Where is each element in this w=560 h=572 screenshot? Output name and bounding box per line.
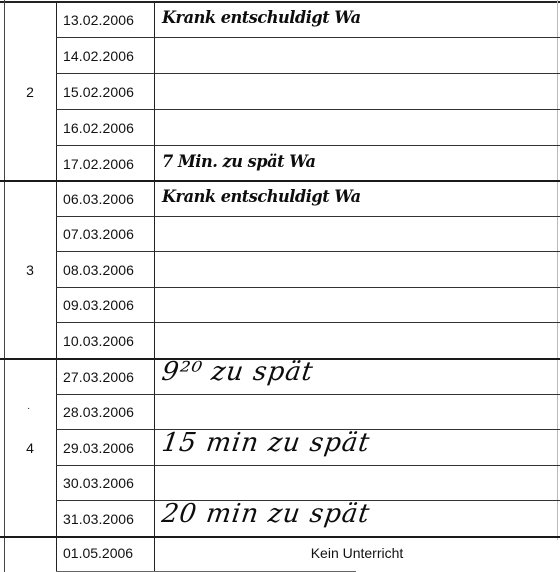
note-cell (158, 394, 558, 430)
table-row: 07.03.2006 (56, 216, 560, 252)
table-row: 31.03.2006 20 min zu spät (56, 501, 560, 537)
table-row: 30.03.2006 (56, 465, 560, 501)
scan-speck: · (27, 403, 30, 414)
note-cell: 7 Min. zu spät Wa (158, 146, 558, 182)
week-number-cell: 2 (4, 2, 56, 181)
note-cell (158, 287, 558, 323)
note-cell (158, 465, 558, 501)
week-number: 4 (26, 440, 34, 456)
table-row: 09.03.2006 (56, 287, 560, 323)
date-cell: 06.03.2006 (63, 181, 134, 217)
date-cell: 10.03.2006 (63, 323, 134, 359)
table-row: 27.03.2006 9²⁰ zu spät (56, 359, 560, 395)
handwritten-note: 7 Min. zu spät Wa (162, 152, 315, 172)
date-cell: 27.03.2006 (63, 359, 134, 395)
handwritten-note: Krank entschuldigt Wa (162, 187, 361, 207)
note-cell (158, 216, 558, 252)
table-row: 06.03.2006 Krank entschuldigt Wa (56, 181, 560, 217)
note-cell (158, 110, 558, 146)
date-cell: 14.02.2006 (63, 38, 134, 74)
date-cell: 09.03.2006 (63, 287, 134, 323)
date-cell: 17.02.2006 (63, 146, 134, 182)
date-cell: 30.03.2006 (63, 465, 134, 501)
note-cell (158, 252, 558, 288)
date-cell: 28.03.2006 (63, 394, 134, 430)
week-number: 2 (26, 84, 34, 100)
handwritten-note: 20 min zu spät (160, 499, 372, 529)
date-cell: 01.05.2006 (63, 537, 133, 570)
table-row: 29.03.2006 15 min zu spät (56, 430, 560, 466)
no-class-note: Kein Unterricht (155, 537, 559, 570)
note-cell: 15 min zu spät (158, 430, 558, 466)
handwritten-note: Krank entschuldigt Wa (162, 8, 361, 28)
week-number-cell: 3 (4, 181, 56, 359)
week-number: 3 (26, 262, 34, 278)
week-group: 3 06.03.2006 Krank entschuldigt Wa 07.03… (0, 181, 560, 359)
note-cell: Krank entschuldigt Wa (158, 2, 558, 38)
table-row: 08.03.2006 (56, 252, 560, 288)
date-cell: 15.02.2006 (63, 74, 134, 110)
note-cell: 20 min zu spät (158, 501, 558, 537)
table-row: 15.02.2006 (56, 74, 560, 110)
handwritten-note: 15 min zu spät (160, 428, 372, 458)
table-row: 01.05.2006 Kein Unterricht (0, 537, 560, 572)
date-cell: 16.02.2006 (63, 110, 134, 146)
date-cell: 08.03.2006 (63, 252, 134, 288)
date-cell: 13.02.2006 (63, 2, 134, 38)
table-row: 13.02.2006 Krank entschuldigt Wa (56, 2, 560, 38)
note-cell: Krank entschuldigt Wa (158, 181, 558, 217)
table-row: 16.02.2006 (56, 110, 560, 146)
table-row: 10.03.2006 (56, 323, 560, 359)
week-group: · 4 27.03.2006 9²⁰ zu spät 28.03.2006 29… (0, 359, 560, 537)
week-number-cell: · 4 (4, 359, 56, 537)
column-divider (56, 537, 57, 572)
note-cell (158, 323, 558, 359)
date-cell: 29.03.2006 (63, 430, 134, 466)
table-row: 28.03.2006 (56, 394, 560, 430)
table-row: 14.02.2006 (56, 38, 560, 74)
week-group: 2 13.02.2006 Krank entschuldigt Wa 14.02… (0, 2, 560, 181)
handwritten-note: 9²⁰ zu spät (160, 357, 316, 387)
table-row: 17.02.2006 7 Min. zu spät Wa (56, 146, 560, 182)
attendance-table: 2 13.02.2006 Krank entschuldigt Wa 14.02… (0, 0, 560, 572)
note-cell (158, 38, 558, 74)
note-cell (158, 74, 558, 110)
date-cell: 31.03.2006 (63, 501, 134, 537)
note-cell: 9²⁰ zu spät (158, 359, 558, 395)
date-cell: 07.03.2006 (63, 216, 134, 252)
